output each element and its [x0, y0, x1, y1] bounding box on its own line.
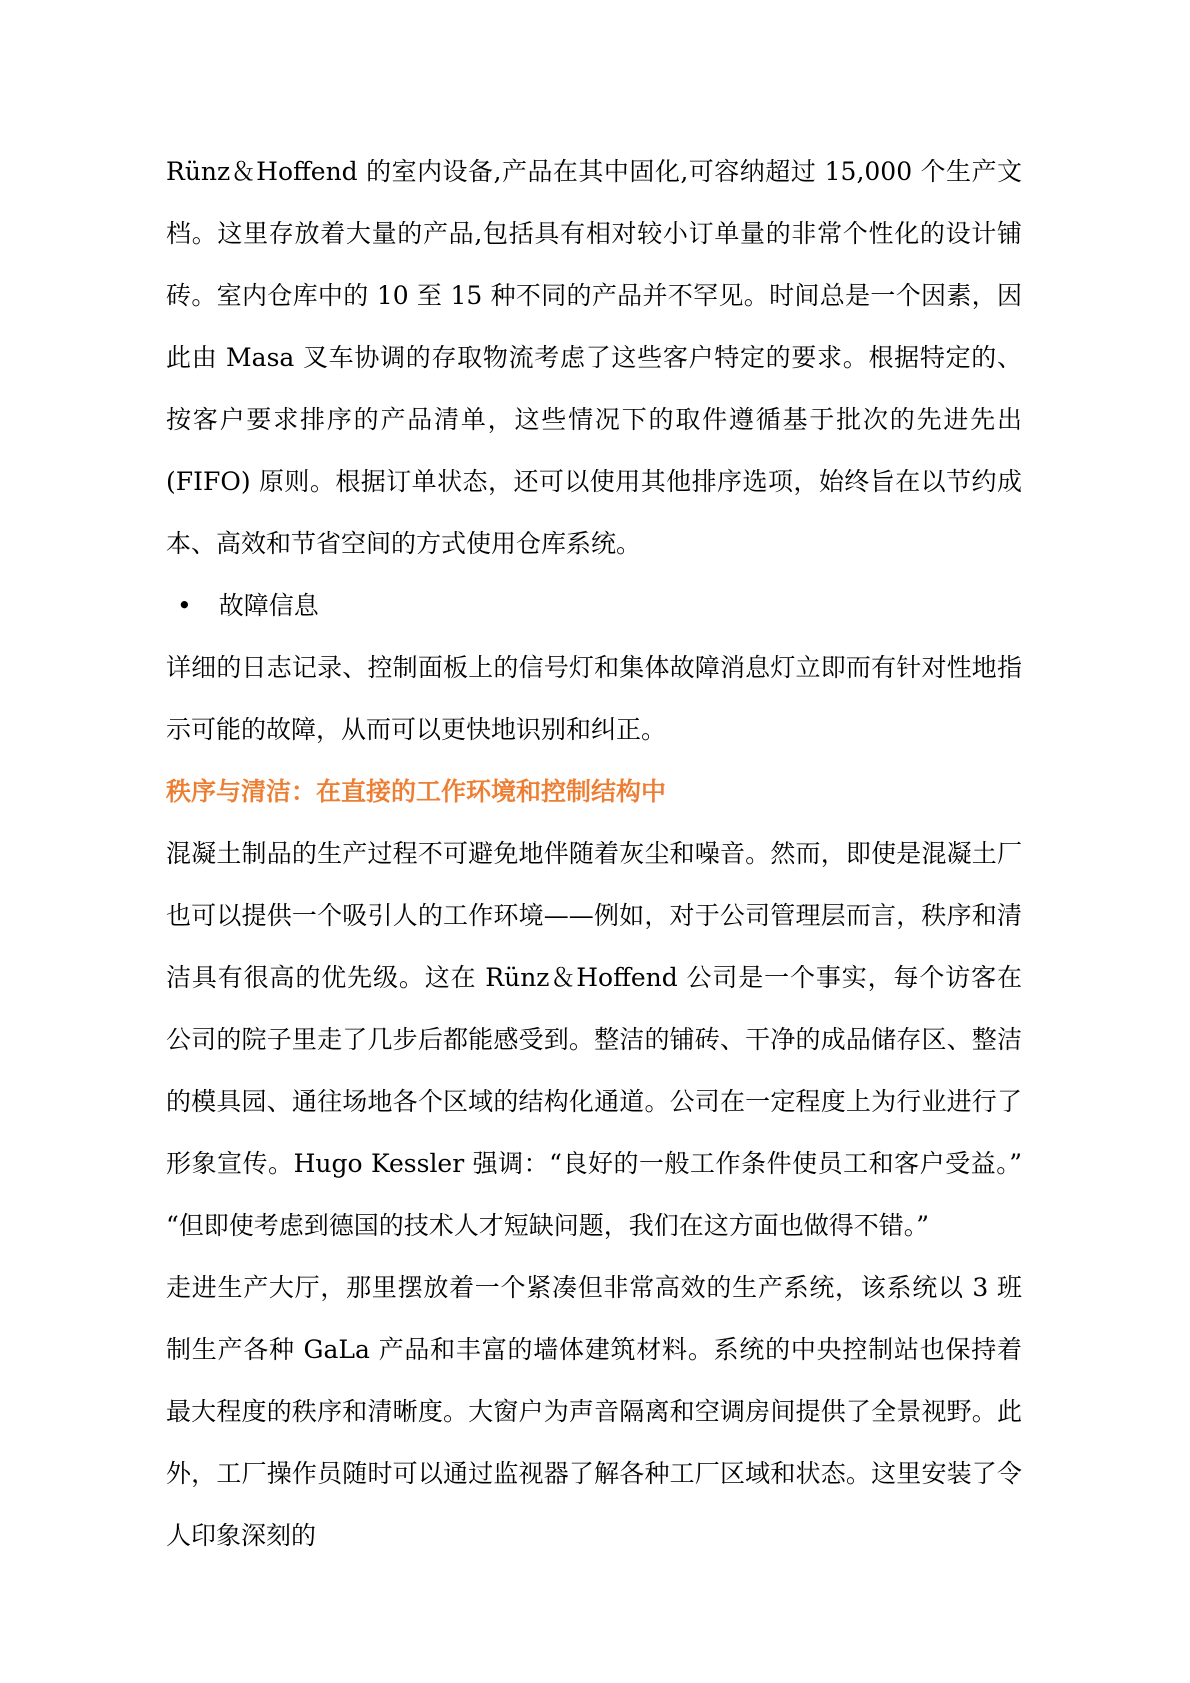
paragraph-order-cleanliness: 混凝土制品的生产过程不可避免地伴随着灰尘和噪音。然而，即使是混凝土厂也可以提供一… — [166, 823, 1022, 1257]
document-content: Rünz＆Hoffend 的室内设备,产品在其中固化,可容纳超过 15,000 … — [0, 0, 1190, 1567]
bullet-list-item: •故障信息 — [166, 575, 1022, 637]
paragraph-fault-info: 详细的日志记录、控制面板上的信号灯和集体故障消息灯立即而有针对性地指示可能的故障… — [166, 637, 1022, 761]
section-heading: 秩序与清洁：在直接的工作环境和控制结构中 — [166, 761, 1022, 823]
document-page: Rünz＆Hoffend 的室内设备,产品在其中固化,可容纳超过 15,000 … — [0, 0, 1190, 1683]
bullet-icon: • — [177, 575, 192, 637]
paragraph-production-hall: 走进生产大厅，那里摆放着一个紧凑但非常高效的生产系统，该系统以 3 班制生产各种… — [166, 1257, 1022, 1567]
paragraph-warehouse: Rünz＆Hoffend 的室内设备,产品在其中固化,可容纳超过 15,000 … — [166, 141, 1022, 575]
bullet-item-label: 故障信息 — [219, 591, 319, 620]
